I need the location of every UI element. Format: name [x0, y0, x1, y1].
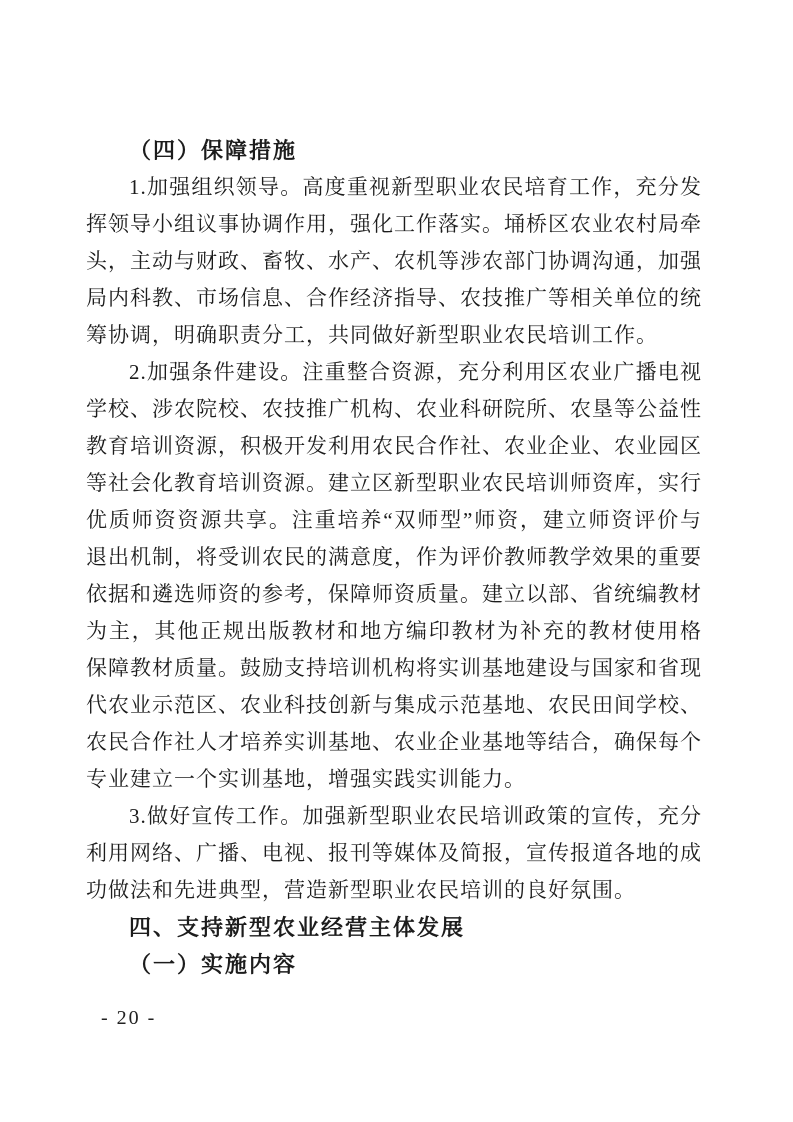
paragraph-2-line: 农民合作社人才培养实训基地、农业企业基地等结合，确保每个 — [86, 724, 702, 761]
subsection-heading-safeguard-measures: （四）保障措施 — [86, 132, 702, 169]
page-number: - 20 - — [101, 1004, 156, 1032]
paragraph-2-line: 2.加强条件建设。注重整合资源，充分利用区农业广播电视 — [86, 354, 702, 391]
paragraph-1-line: 头，主动与财政、畜牧、水产、农机等涉农部门协调沟通，加强 — [86, 243, 702, 280]
paragraph-2-line: 依据和遴选师资的参考，保障师资质量。建立以部、省统编教材 — [86, 576, 702, 613]
document-body: （四）保障措施 1.加强组织领导。高度重视新型职业农民培育工作，充分发 挥领导小… — [86, 132, 702, 983]
document-page: （四）保障措施 1.加强组织领导。高度重视新型职业农民培育工作，充分发 挥领导小… — [0, 0, 793, 1122]
paragraph-1-line: 筹协调，明确职责分工，共同做好新型职业农民培训工作。 — [86, 317, 702, 354]
paragraph-2-line: 教育培训资源，积极开发利用农民合作社、农业企业、农业园区 — [86, 428, 702, 465]
paragraph-3-line: 利用网络、广播、电视、报刊等媒体及简报，宣传报道各地的成 — [86, 835, 702, 872]
paragraph-1-line: 1.加强组织领导。高度重视新型职业农民培育工作，充分发 — [86, 169, 702, 206]
paragraph-2-line: 保障教材质量。鼓励支持培训机构将实训基地建设与国家和省现 — [86, 650, 702, 687]
paragraph-2-line: 代农业示范区、农业科技创新与集成示范基地、农民田间学校、 — [86, 687, 702, 724]
paragraph-2-line: 等社会化教育培训资源。建立区新型职业农民培训师资库，实行 — [86, 465, 702, 502]
paragraph-2-line: 优质师资资源共享。注重培养“双师型”师资，建立师资评价与 — [86, 502, 702, 539]
paragraph-3-line: 3.做好宣传工作。加强新型职业农民培训政策的宣传，充分 — [86, 798, 702, 835]
paragraph-2-line: 专业建立一个实训基地，增强实践实训能力。 — [86, 761, 702, 798]
paragraph-2-line: 为主，其他正规出版教材和地方编印教材为补充的教材使用格局， — [86, 613, 702, 650]
paragraph-2-line: 退出机制，将受训农民的满意度，作为评价教师教学效果的重要 — [86, 539, 702, 576]
subsection-heading-implementation-content: （一）实施内容 — [86, 946, 702, 983]
paragraph-1-line: 局内科教、市场信息、合作经济指导、农技推广等相关单位的统 — [86, 280, 702, 317]
paragraph-1-line: 挥领导小组议事协调作用，强化工作落实。埇桥区农业农村局牵 — [86, 206, 702, 243]
paragraph-2-line: 学校、涉农院校、农技推广机构、农业科研院所、农垦等公益性 — [86, 391, 702, 428]
section-heading-support-new-agri-entities: 四、支持新型农业经营主体发展 — [86, 909, 702, 946]
paragraph-3-line: 功做法和先进典型，营造新型职业农民培训的良好氛围。 — [86, 872, 702, 909]
